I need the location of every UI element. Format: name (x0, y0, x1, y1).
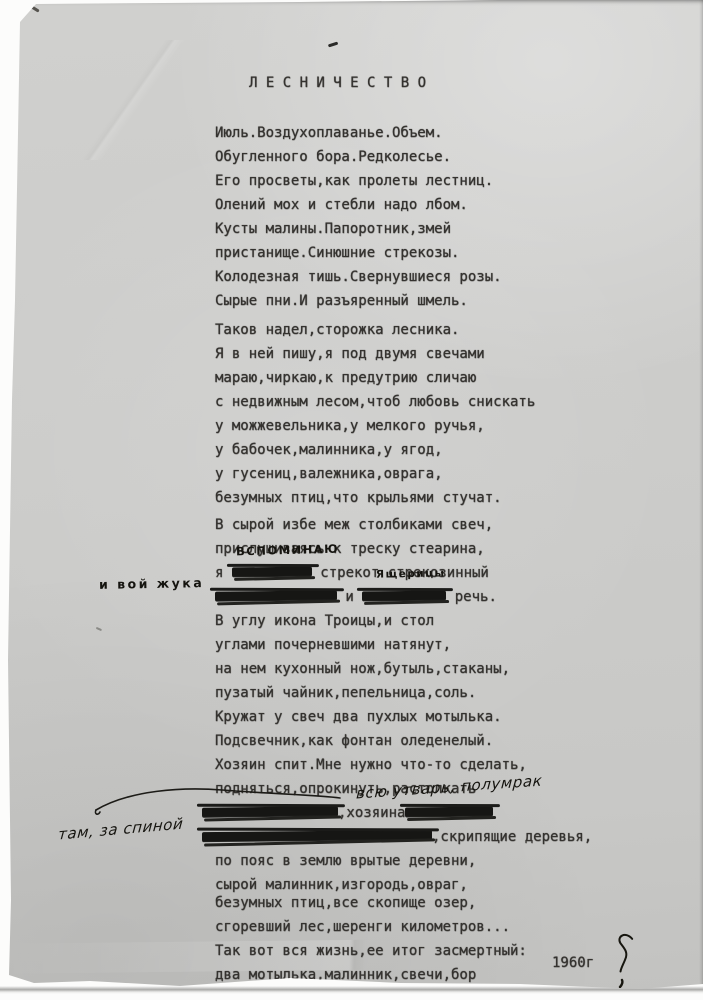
handwritten-insertion-curve (90, 784, 350, 816)
redacted-strikeout (405, 807, 493, 817)
ink-speck (328, 42, 338, 47)
poem-line: Кружат у свеч два пухлых мотылька. (215, 705, 592, 729)
handwritten-note-behind-back: там, за спиной (57, 814, 184, 843)
paper-blemish (96, 627, 102, 631)
redacted-strikeout (202, 830, 432, 841)
poem-line: на нем кухонный нож,бутыль,стаканы, (215, 657, 510, 681)
date-typed: 1960г (552, 955, 594, 971)
scanned-page: { "poem": { "title": "Л Е С Н И Ч Е С Т … (0, 0, 703, 1000)
poem-line: В углу икона Троицы,и стол (215, 609, 510, 633)
poem-line: Так вот вся жизнь,ее итог засмертный: (215, 939, 527, 963)
poem-line: Его просветы,как пролеты лестниц. (215, 169, 502, 193)
redacted-strikeout (215, 590, 337, 600)
poem-line: у можжевельника,у мелкого ручья, (215, 414, 535, 438)
stanza-3: В сырой избе меж столбиками свеч,прислуш… (215, 513, 510, 705)
poem-line: безумных птиц,что крыльями стучат. (215, 486, 535, 510)
poem-line: Таков надел,сторожка лесника. (215, 318, 535, 342)
poem-line: Колодезная тишь.Свернувшиеся розы. (215, 265, 502, 289)
poem-line: В сырой избе меж столбиками свеч, (215, 513, 510, 537)
poem-line: пристанище.Синюшние стрекозы. (215, 241, 502, 265)
poem-line: сгоревший лес,шеренги километров... (215, 915, 527, 939)
poem-line: Обугленного бора.Редколесье. (215, 145, 502, 169)
handwritten-note-remember: ВСПОМИНАЮ (236, 542, 340, 559)
corner-scan-mark (16, 0, 39, 12)
paper-sheet: Л Е С Н И Ч Е С Т В О Июль.Воздухоплаван… (0, 0, 703, 1000)
poem-line: Я в ней пишу,я под двумя свечами (215, 342, 535, 366)
poem-line: Июль.Воздухоплаванье.Объем. (215, 121, 502, 145)
redacted-strikeout (362, 591, 446, 601)
poem-title: Л Е С Н И Ч Е С Т В О (249, 75, 426, 91)
stanza-5: безумных птиц,все скопище озер,сгоревший… (215, 891, 527, 987)
stanza-2: Таков надел,сторожка лесника.Я в ней пиш… (215, 318, 535, 510)
poem-line: безумных птиц,все скопище озер, (215, 891, 527, 915)
stanza-1: Июль.Воздухоплаванье.Объем.Обугленного б… (215, 121, 502, 313)
poem-line: Олений мох и стебли надо лбом. (215, 193, 502, 217)
handwritten-note-lizards: Ящерицы (376, 567, 446, 580)
poem-line: с недвижным лесом,чтоб любовь снискать (215, 390, 535, 414)
poem-line: по пояс в землю врытые деревни, (215, 849, 592, 873)
poem-line: два мотылька,малинник,свечи,бор (215, 963, 527, 987)
poem-line: мараю,чиркаю,к предутрию сличаю (215, 366, 535, 390)
poem-line: Кусты малины.Папоротник,змей (215, 217, 502, 241)
poem-line: и речь. (215, 585, 510, 609)
poem-line: я стрекот стрекозинный (215, 561, 510, 585)
handwritten-question-mark-icon (610, 932, 640, 988)
poem-line: углами почерневшими натянут, (215, 633, 510, 657)
poem-line: Подсвечник,как фонтан оледенелый. (215, 729, 592, 753)
poem-line: Сырые пни.И разъяренный шмель. (215, 289, 502, 313)
poem-line: ,скрипящие деревья, (215, 825, 592, 849)
handwritten-note-beetle-drone: и вой жука (99, 575, 204, 592)
redacted-strikeout (232, 567, 312, 577)
poem-line: у гусениц,валежника,оврага, (215, 462, 535, 486)
poem-line: у бабочек,малинника,у ягод, (215, 438, 535, 462)
poem-line: пузатый чайник,пепельница,соль. (215, 681, 510, 705)
